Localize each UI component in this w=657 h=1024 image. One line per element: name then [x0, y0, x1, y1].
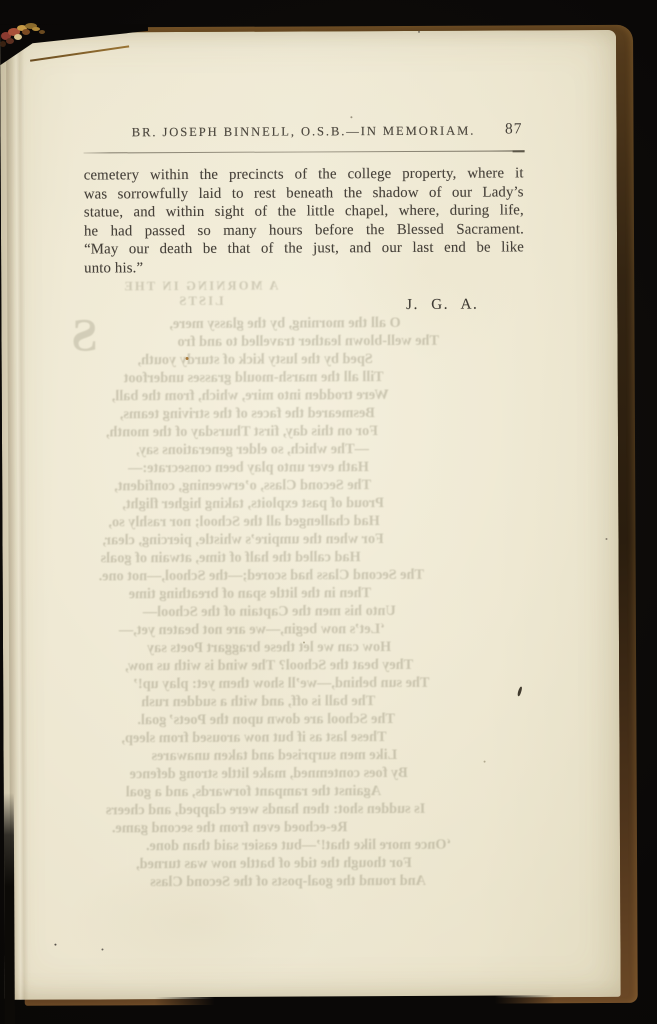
signature-initials: J. G. A. [84, 296, 524, 315]
ghost-line: Unto his men the Captain of the School— [99, 601, 535, 621]
foxing-speck [350, 116, 352, 118]
ghost-line: Is sudden shot: then hands were clapped,… [100, 799, 536, 819]
ghost-line: These last as if but now aroused from sl… [99, 727, 535, 747]
ghost-line: Were trodden into mire, which, from the … [98, 385, 534, 405]
ghost-line: O all the morning, by the glassy mere, [97, 313, 533, 333]
running-header: BR. JOSEPH BINNELL, O.S.B.—IN MEMORIAM. … [83, 123, 523, 143]
spine-shadow [4, 793, 15, 1024]
ghost-line: How can we let these braggart Poets say [99, 637, 535, 657]
foxing-speck [54, 944, 56, 946]
ghost-line: They beat the School? The wind is with u… [99, 655, 535, 675]
ghost-line: ‘Once more like that!’—but easier said t… [100, 835, 536, 855]
ghost-line: The Second Class had scored;—the School,… [99, 565, 535, 585]
show-through-poem: O all the morning, by the glassy mere,Th… [97, 313, 536, 891]
ghost-line: Like men surprised and taken unawares [100, 745, 536, 765]
book-leaf: A MORNING IN THE LISTS S O all the morni… [0, 0, 657, 1024]
ghost-line: Till all the marsh-mould grasses underfo… [98, 367, 534, 387]
foxing-speck [186, 357, 189, 360]
ghost-line: The well-blown leather travelled to and … [97, 331, 533, 351]
ghost-line: The ball is off, and with a sudden rush [99, 691, 535, 711]
show-through-drop-cap: S [71, 312, 97, 359]
jline: “Mayourdeathbethatofthejust,andourlasten… [84, 239, 524, 260]
jline: wassorrowfullylaidtorestbeneaththeshadow… [84, 183, 524, 204]
ghost-line: Had challenged all the School; nor rashl… [98, 511, 534, 531]
ghost-line: Against the rampant forwards, and a goal [100, 781, 536, 801]
headband-threads-icon [0, 14, 54, 50]
foxing-speck [605, 538, 607, 540]
header-title: BR. JOSEPH BINNELL, O.S.B.—IN MEMORIAM. [83, 123, 523, 140]
foxing-speck [418, 31, 420, 33]
ghost-line: The sun behind,—we’ll show them yet: pla… [99, 673, 535, 693]
ghost-line: ‘Let’s now begin,—we are not beaten yet,… [99, 619, 535, 639]
ghost-line: Then in the little span of breathing tim… [99, 583, 535, 603]
ghost-line: For though the tide of battle now was tu… [100, 853, 536, 873]
book-scan: A MORNING IN THE LISTS S O all the morni… [0, 0, 657, 1024]
ghost-line: Besmeared the faces of the striving team… [98, 403, 534, 423]
jline: cemeterywithintheprecinctsofthecollegepr… [84, 164, 524, 185]
jline: unto his.” [84, 257, 524, 278]
ghost-line: Had called the half of time, atwain of g… [99, 547, 535, 567]
ghost-line: Re-echoed even from the second game. [100, 817, 536, 837]
ghost-line: For when the umpire’s whistle, piercing,… [98, 529, 534, 549]
foxing-speck [484, 761, 486, 763]
ghost-line: By foes contemned, make little strong de… [100, 763, 536, 783]
ghost-line: Proud of past exploits, taking higher fl… [98, 493, 534, 513]
foxing-speck [303, 641, 305, 643]
jline: hehadpassedsomanyhoursbeforetheBlessedSa… [84, 220, 524, 241]
jline: statue,andwithinsightofthelittlechapel,w… [84, 202, 524, 223]
ghost-line: The Second Class, o’erweening, confident… [98, 475, 534, 495]
foxing-speck [101, 948, 103, 950]
ghost-line: —The which, so elder generations say, [98, 439, 534, 459]
ghost-line: For on this day, first Thursday of the m… [98, 421, 534, 441]
ghost-line: Hath ever unto play been consecrate:— [98, 457, 534, 477]
ghost-line: The School are down upon the Poets’ goal… [99, 709, 535, 729]
bottom-edge-shadow [155, 995, 555, 1007]
memorial-paragraph: cemeterywithintheprecinctsofthecollegepr… [84, 164, 525, 278]
ghost-line: Sped by the lusty kick of sturdy youth, [98, 349, 534, 369]
ghost-line: And round the goal-posts of the Second C… [100, 871, 536, 891]
page-number: 87 [505, 120, 523, 138]
